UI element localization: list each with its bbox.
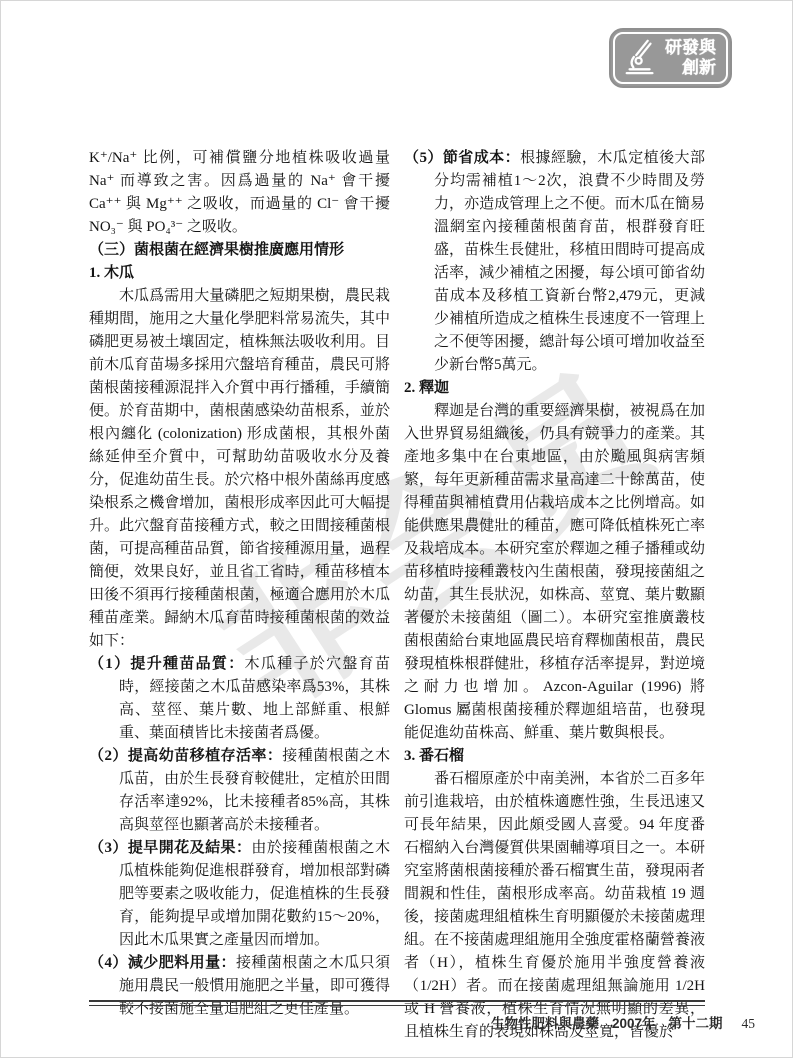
badge-line1: 研發與 [665, 38, 716, 58]
paragraph-salt-ions: K⁺/Na⁺ 比例，可補償鹽分地植株吸收過量 Na⁺ 而導致之害。因爲過量的 N… [89, 147, 390, 239]
subsection-heading-sugar-apple: 2. 釋迦 [404, 377, 705, 400]
right-column: （5）節省成本：根據經驗，木瓜定植後大部分均需補植1～2次，浪費不少時間及勞力，… [404, 147, 705, 1044]
journal-title: 生物性肥料與農藥 [491, 1012, 599, 1032]
subsection-heading-guava: 3. 番石榴 [404, 745, 705, 768]
rd-innovation-badge-inner: 研發與 創新 [613, 32, 728, 84]
left-column: K⁺/Na⁺ 比例，可補償鹽分地植株吸收過量 Na⁺ 而導致之害。因爲過量的 N… [89, 147, 390, 1044]
list-item-1-label: （1）提升種苗品質： [89, 656, 245, 672]
list-item-3-label: （3）提早開花及結果： [89, 840, 251, 856]
badge-text: 研發與 創新 [665, 38, 716, 78]
list-item-3-text: 由於接種菌根菌之木瓜植株能夠促進根群發育，增加根部對磷肥等要素之吸收能力，促進植… [119, 840, 390, 948]
list-item-4: （4）減少肥料用量：接種菌根菌之木瓜只須施用農民一般慣用施肥之半量，即可獲得較不… [89, 952, 390, 1021]
badge-line2: 創新 [665, 58, 716, 78]
list-item-2: （2）提高幼苗移植存活率：接種菌根菌之木瓜苗，由於生長發育較健壯，定植於田間存活… [89, 745, 390, 837]
rd-innovation-badge: 研發與 創新 [609, 28, 732, 88]
list-item-5: （5）節省成本：根據經驗，木瓜定植後大部分均需補植1～2次，浪費不少時間及勞力，… [404, 147, 705, 377]
page-footer: 生物性肥料與農藥 2007年 第十二期 45 [89, 1012, 755, 1032]
footer-double-rule [89, 1000, 705, 1006]
microscope-icon [622, 37, 660, 80]
list-item-4-label: （4）減少肥料用量： [89, 955, 236, 971]
footer-issue: 第十二期 [669, 1012, 723, 1032]
list-item-5-label: （5）節省成本： [404, 150, 520, 166]
list-item-3: （3）提早開花及結果：由於接種菌根菌之木瓜植株能夠促進根群發育，增加根部對磷肥等… [89, 837, 390, 952]
document-page: 非会员 研發與 創新 K⁺/Na⁺ 比例，可補償鹽分地植株吸收過量 Na⁺ 而 [0, 0, 793, 1058]
article-body: K⁺/Na⁺ 比例，可補償鹽分地植株吸收過量 Na⁺ 而導致之害。因爲過量的 N… [89, 147, 705, 1044]
list-item-5-text: 根據經驗，木瓜定植後大部分均需補植1～2次，浪費不少時間及勞力，亦造成管理上之不… [434, 150, 705, 373]
paragraph-sugar-apple: 釋迦是台灣的重要經濟果樹，被視爲在加入世界貿易組織後，仍具有競爭力的產業。其產地… [404, 400, 705, 745]
paragraph-papaya-intro: 木瓜爲需用大量磷肥之短期果樹，農民栽種期間，施用之大量化學肥料常易流失，其中磷肥… [89, 285, 390, 653]
list-item-2-label: （2）提高幼苗移植存活率： [89, 748, 282, 764]
list-item-1: （1）提升種苗品質：木瓜種子於穴盤育苗時，經接菌之木瓜苗感染率爲53%，其株高、… [89, 653, 390, 745]
subsection-heading-papaya: 1. 木瓜 [89, 262, 390, 285]
footer-year: 2007年 [612, 1012, 656, 1032]
section-heading-3: （三）菌根菌在經濟果樹推廣應用情形 [89, 239, 390, 262]
page-number: 45 [742, 1016, 756, 1032]
